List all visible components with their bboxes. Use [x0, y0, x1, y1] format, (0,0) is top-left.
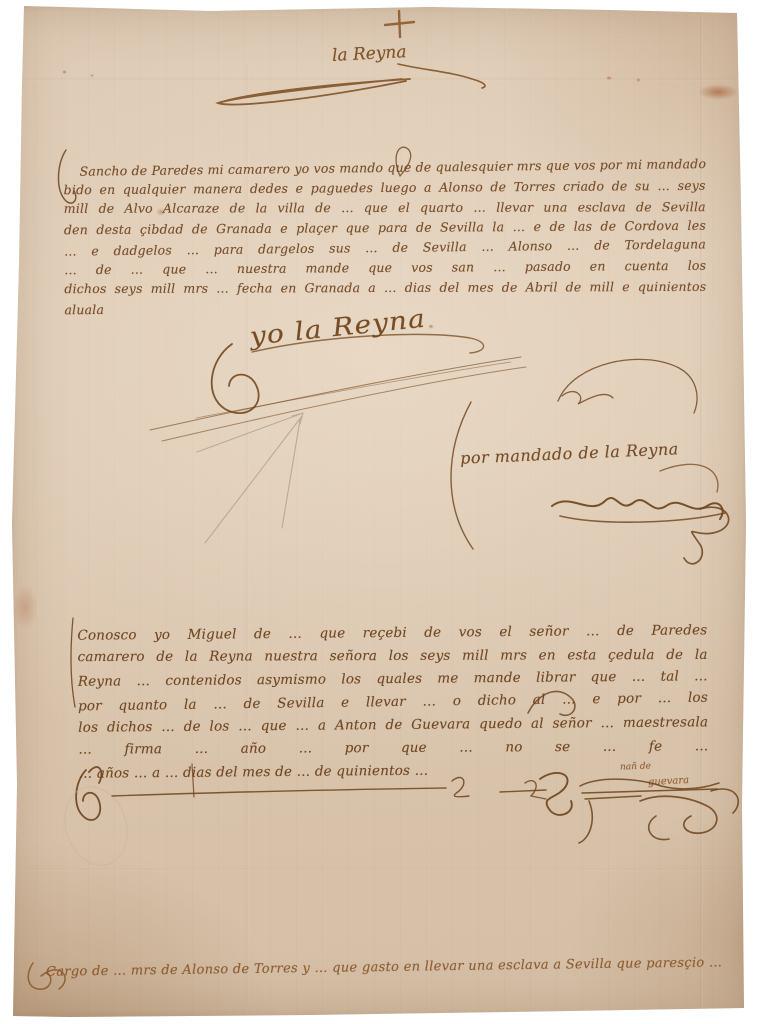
header-title: la Reyna — [332, 42, 407, 66]
receipt-line: … firma … año … por que … no se … fe … — [78, 735, 708, 761]
receipt-side-note: guevara — [648, 775, 690, 788]
body-line: mill de Alvo Alcaraze de la villa de … q… — [64, 197, 706, 219]
main-body-text: Sancho de Paredes mi camarero yo vos man… — [63, 156, 706, 320]
receipt-text: Conosco yo Miguel de … que reçebi de vos… — [77, 619, 708, 785]
photo-background: la Reyna Sancho de Paredes mi camarero y… — [0, 0, 759, 1024]
body-line: dichos seys mill mrs … fecha en Granada … — [64, 277, 706, 299]
receipt-side-note: nañ de — [620, 761, 651, 772]
manuscript-photo: { "document": { "kind": "15th-century Sp… — [0, 0, 759, 1024]
receipt-line: camarero de la Reyna nuestra señora los … — [78, 644, 708, 669]
